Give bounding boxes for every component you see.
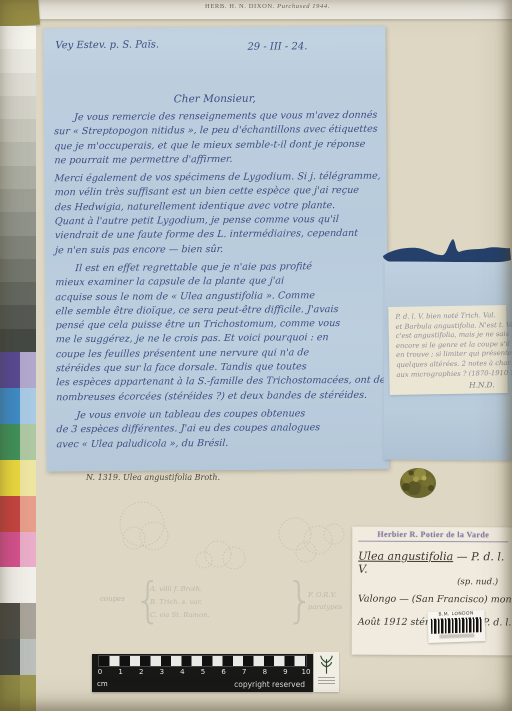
stamp-herbarium-name: HERB. H. N. DIXON. bbox=[205, 3, 275, 10]
stamp-accession-note: Purchased 1944. bbox=[277, 3, 330, 10]
pencil-note-line-2: C. via St. Ramon. bbox=[150, 609, 290, 622]
color-patch-main-8 bbox=[0, 639, 20, 675]
color-patch-row-2 bbox=[0, 424, 36, 460]
ruler-checker-strip bbox=[99, 656, 306, 666]
grayscale-step-3 bbox=[0, 96, 36, 119]
color-patch-main-9 bbox=[0, 675, 20, 711]
pencil-note-line-0: A. villi f. Broth. bbox=[150, 583, 290, 596]
calibration-olive-tab bbox=[0, 0, 40, 27]
moss-clump bbox=[400, 468, 436, 498]
letter-line-22: avec « Ulea paludicola », du Brésil. bbox=[56, 435, 379, 452]
letter-line-9: je n'en suis pas encore — bien sûr. bbox=[55, 241, 378, 258]
color-patch-main-5 bbox=[0, 532, 20, 568]
color-patch-tint-6 bbox=[20, 567, 36, 603]
color-patch-main-2 bbox=[0, 424, 20, 460]
letter-sheet: Vey Estev. p. S. Païs. 29 - III - 24. Ch… bbox=[43, 26, 388, 472]
grayscale-step-9 bbox=[0, 236, 36, 259]
color-patch-main-6 bbox=[0, 567, 20, 603]
ruler-number-4: 4 bbox=[176, 668, 188, 676]
color-patch-tint-2 bbox=[20, 424, 36, 460]
moss-specimen-fragment bbox=[394, 458, 446, 506]
pencil-line-6: aux micrographies ? (1870-1910 ?) bbox=[396, 369, 502, 380]
species-name: Ulea angustifolia bbox=[358, 550, 453, 563]
grayscale-step-5 bbox=[0, 142, 36, 165]
locality-line: Valongo — (San Francisco) mont. date. bbox=[358, 594, 508, 606]
barcode-sticker: B.M. LONDON bbox=[427, 610, 485, 643]
ruler-number-6: 6 bbox=[218, 668, 230, 676]
color-patch-tint-9 bbox=[20, 675, 36, 711]
pencil-note-line-1: B. Trich. s. var. bbox=[150, 596, 290, 609]
color-patch-tint-5 bbox=[20, 532, 36, 568]
ruler-number-8: 8 bbox=[259, 668, 271, 676]
pencil-note-lines: P. d. l. V. bien noté Trich. Val.et Barb… bbox=[395, 311, 502, 380]
pencil-annotation-block: coupes { A. villi f. Broth.B. Trich. s. … bbox=[100, 583, 360, 631]
letter-date: 29 - III - 24. bbox=[247, 41, 307, 52]
letter-body: Je vous remercie des renseignements que … bbox=[54, 109, 379, 452]
color-patch-row-3 bbox=[0, 460, 36, 496]
pencil-note-label: P. d. l. V. bien noté Trich. Val.et Barb… bbox=[388, 305, 508, 395]
grayscale-step-10 bbox=[0, 259, 36, 282]
herbarium-accession-stamp: HERB. H. N. DIXON. Purchased 1944. bbox=[175, 3, 360, 10]
grayscale-step-4 bbox=[0, 119, 36, 142]
grayscale-step-0 bbox=[0, 26, 36, 49]
grayscale-step-7 bbox=[0, 189, 36, 212]
calibration-color-strip bbox=[0, 352, 36, 711]
ruler-number-2: 2 bbox=[135, 668, 147, 676]
herbier-stamp-header: Herbier R. Potier de la Varde bbox=[358, 530, 508, 543]
ruler-number-7: 7 bbox=[238, 668, 250, 676]
institution-logo-tile bbox=[314, 652, 339, 692]
nomen-nudum-note: (sp. nud.) bbox=[358, 577, 508, 588]
species-name-line: Ulea angustifolia — P. d. l. V. bbox=[358, 550, 508, 577]
letter-addressee: Vey Estev. p. S. Païs. bbox=[55, 39, 159, 51]
letter-line-3: ne pourrait me permettre d'affirmer. bbox=[54, 152, 377, 169]
grayscale-step-8 bbox=[0, 212, 36, 235]
color-patch-row-5 bbox=[0, 532, 36, 568]
barcode-bars bbox=[431, 617, 482, 634]
ruler-number-3: 3 bbox=[156, 668, 168, 676]
color-patch-row-0 bbox=[0, 352, 36, 388]
grayscale-step-12 bbox=[0, 305, 36, 328]
ruler-number-9: 9 bbox=[279, 668, 291, 676]
color-patch-tint-0 bbox=[20, 352, 36, 388]
calibration-grayscale-strip bbox=[0, 26, 36, 352]
color-patch-main-0 bbox=[0, 352, 20, 388]
scale-ruler: 012345678910 cm copyright reserved bbox=[92, 654, 313, 692]
color-patch-row-8 bbox=[0, 639, 36, 675]
color-patch-row-1 bbox=[0, 388, 36, 424]
sketch-outlines bbox=[120, 502, 344, 569]
color-patch-row-9 bbox=[0, 675, 36, 711]
pencil-annotation-word: coupes bbox=[100, 595, 125, 603]
color-patch-tint-3 bbox=[20, 460, 36, 496]
color-patch-tint-4 bbox=[20, 496, 36, 532]
grayscale-step-11 bbox=[0, 282, 36, 305]
color-patch-tint-7 bbox=[20, 603, 36, 639]
plant-logo-icon bbox=[318, 654, 335, 674]
pencil-moss-sketches bbox=[90, 492, 360, 592]
color-patch-row-7 bbox=[0, 603, 36, 639]
ruler-number-0: 0 bbox=[94, 668, 106, 676]
grayscale-step-2 bbox=[0, 73, 36, 96]
color-patch-main-3 bbox=[0, 460, 20, 496]
herbarium-scan-page: { "stamp_top": { "name": "HERB. H. N. DI… bbox=[0, 0, 512, 711]
color-patch-tint-8 bbox=[20, 639, 36, 675]
color-patch-tint-1 bbox=[20, 388, 36, 424]
ruler-copyright-text: copyright reserved bbox=[234, 680, 305, 689]
sketch-caption: N. 1319. Ulea angustifolia Broth. bbox=[86, 473, 220, 482]
letter-salutation: Cher Monsieur, bbox=[44, 92, 386, 107]
logo-text-lines bbox=[318, 675, 335, 684]
color-patch-row-4 bbox=[0, 496, 36, 532]
ruler-number-1: 1 bbox=[115, 668, 127, 676]
ruler-number-10: 10 bbox=[300, 668, 312, 676]
letter-line-19: nombreuses écorcées (stéréides ?) et deu… bbox=[56, 388, 379, 405]
ruler-unit-label: cm bbox=[97, 680, 108, 688]
color-patch-main-4 bbox=[0, 496, 20, 532]
ruler-number-5: 5 bbox=[197, 668, 209, 676]
color-patch-row-6 bbox=[0, 567, 36, 603]
grayscale-step-6 bbox=[0, 166, 36, 189]
pencil-note-signature: H.N.D. bbox=[397, 380, 503, 391]
pencil-annotation-lines: A. villi f. Broth.B. Trich. s. var.C. vi… bbox=[150, 583, 290, 622]
barcode-number-blur bbox=[439, 633, 474, 638]
color-patch-main-1 bbox=[0, 388, 20, 424]
grayscale-step-1 bbox=[0, 49, 36, 72]
color-patch-main-7 bbox=[0, 603, 20, 639]
grayscale-step-13 bbox=[0, 329, 36, 352]
